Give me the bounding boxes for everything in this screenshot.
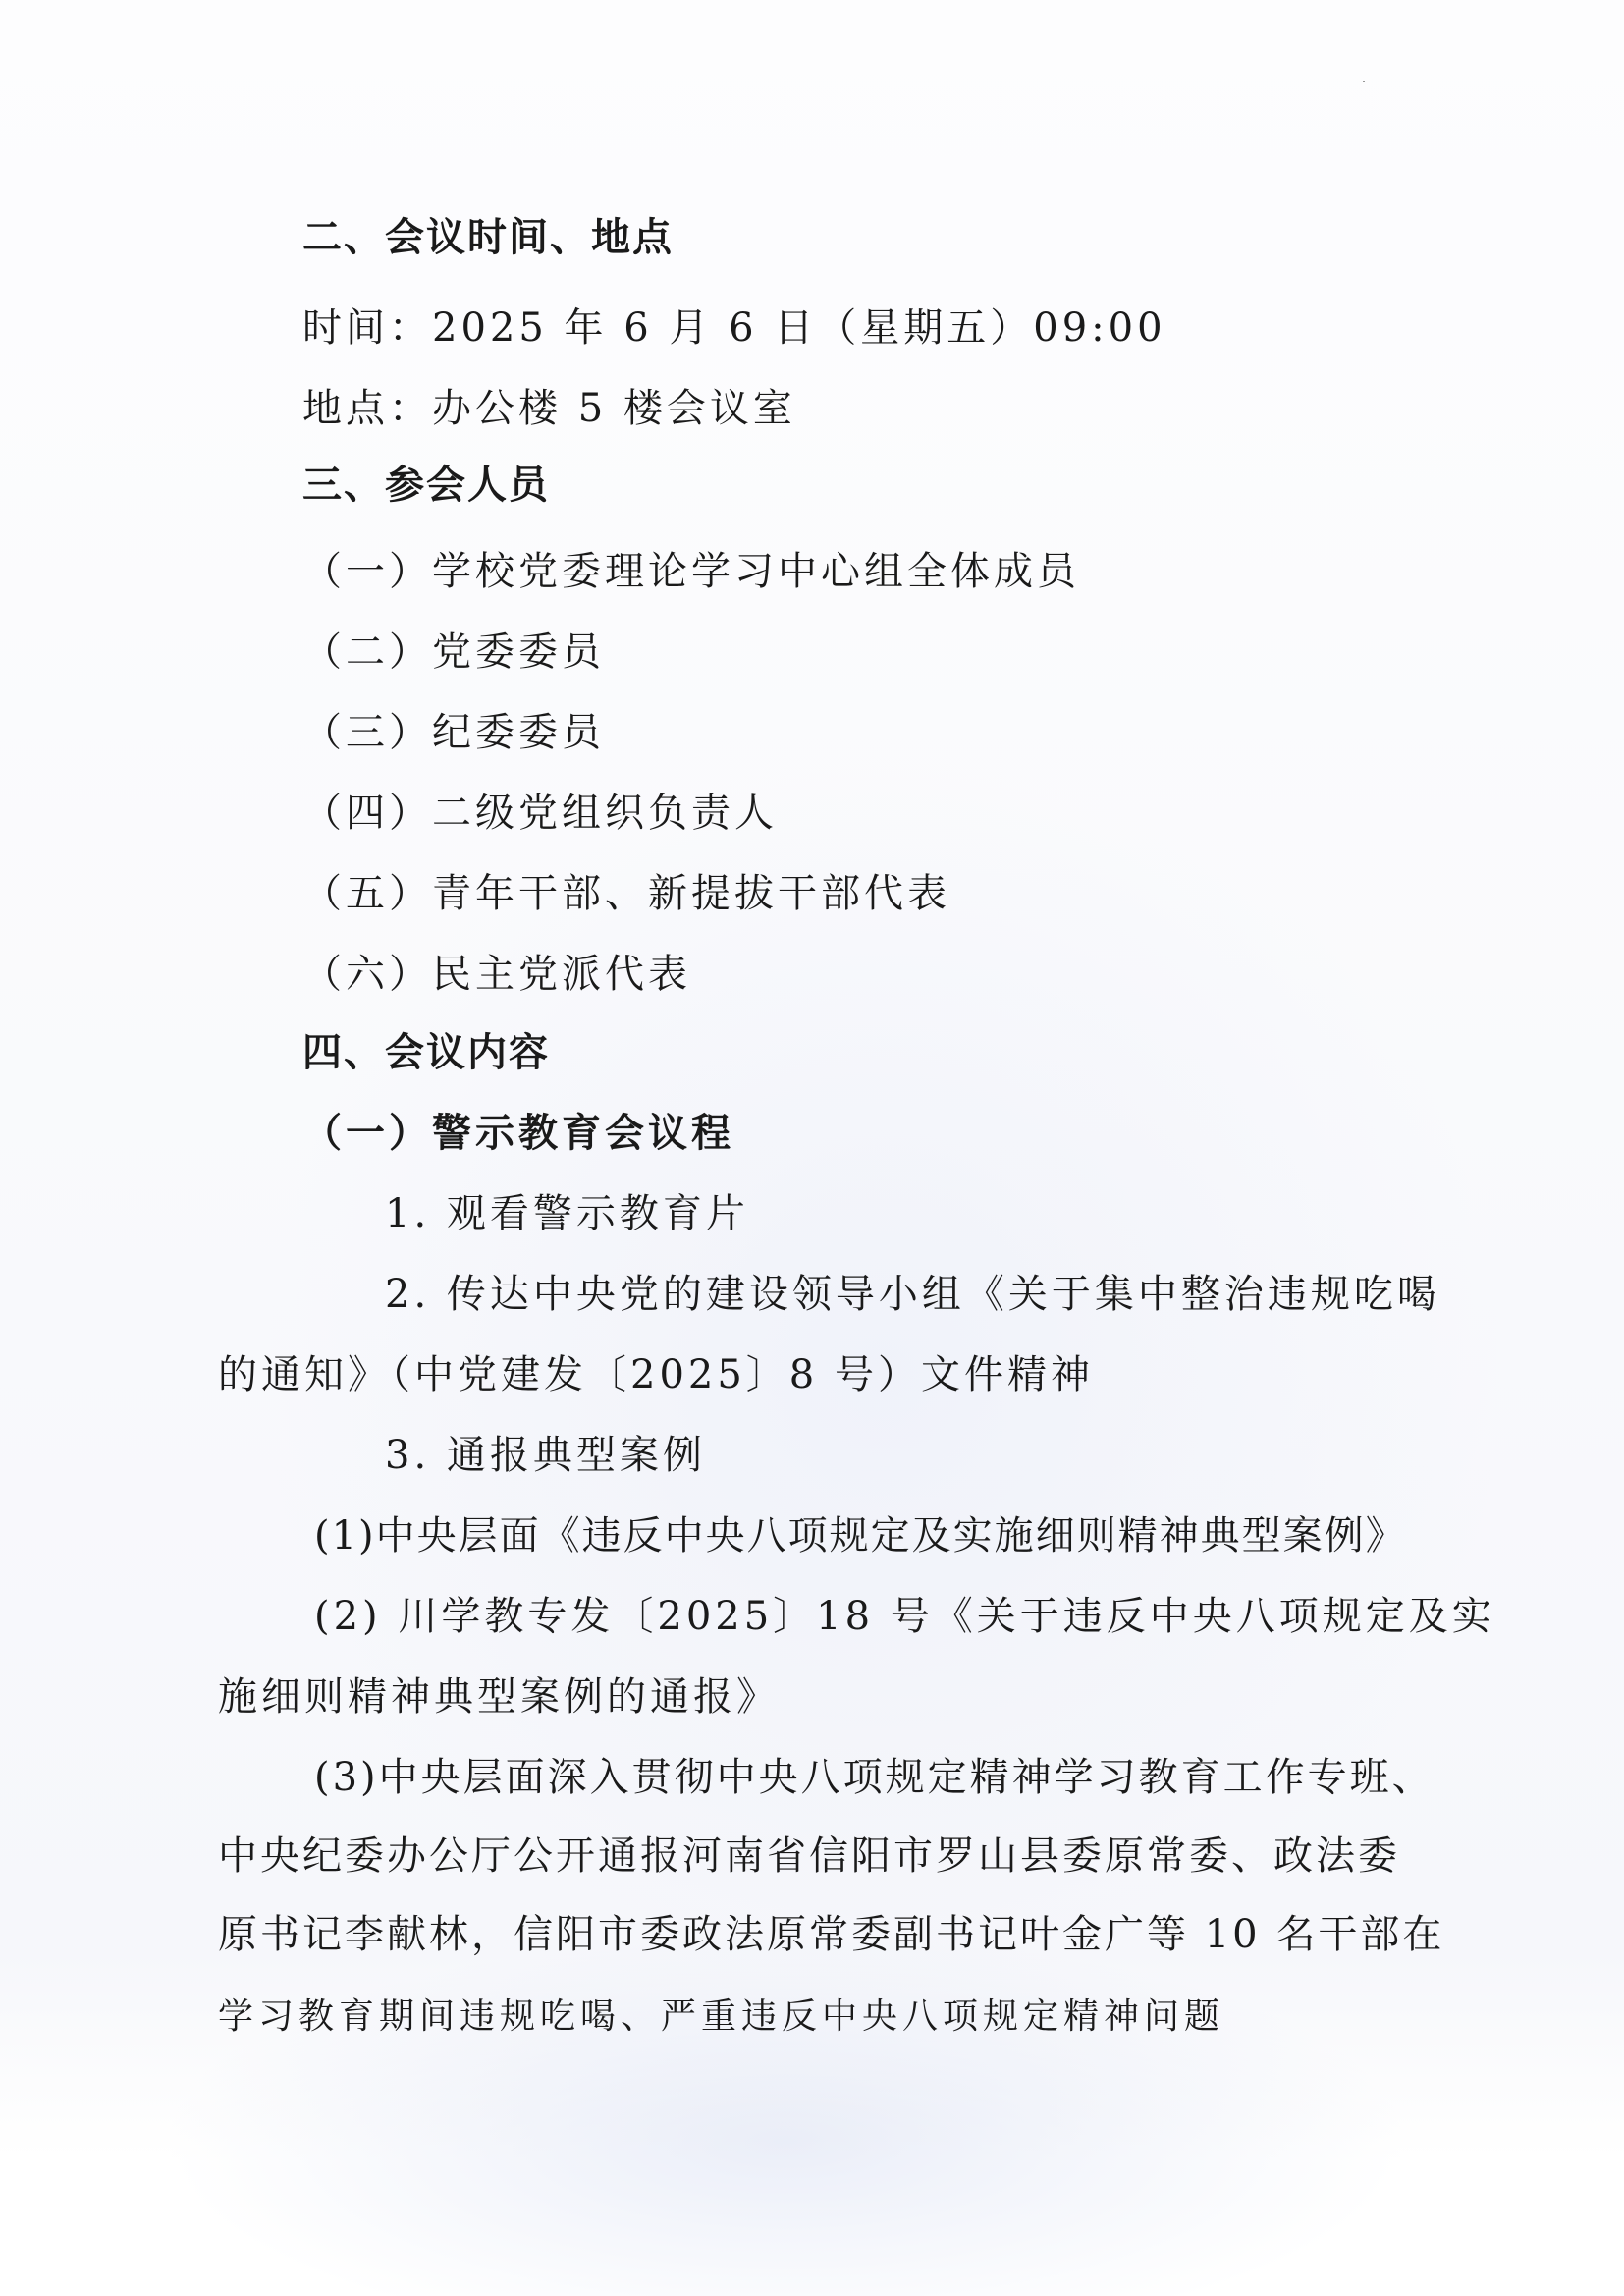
case-item-3-line2: 中央纪委办公厅公开通报河南省信阳市罗山县委原常委、政法委	[218, 1832, 1400, 1880]
agenda-item-2-line2: 的通知》（中党建发〔2025〕8 号）文件精神	[218, 1351, 1094, 1398]
case-item-2-line2: 施细则精神典型案例的通报》	[218, 1673, 780, 1721]
attendee-item-4: （四）二级党组织负责人	[302, 790, 778, 837]
attendee-item-2: （二）党委委员	[302, 629, 605, 676]
meeting-time: 时间：2025 年 6 月 6 日（星期五）09:00	[302, 304, 1166, 352]
attendee-item-3: （三）纪委委员	[302, 709, 605, 756]
agenda-item-3: 3. 通报典型案例	[385, 1432, 706, 1479]
case-item-3-line4: 学习教育期间违规吃喝、严重违反中央八项规定精神问题	[218, 1994, 1224, 2041]
section-heading-meeting-time-place: 二、会议时间、地点	[302, 214, 674, 261]
subsection-heading-warning-education-agenda: （一）警示教育会议程	[302, 1110, 734, 1157]
meeting-location: 地点：办公楼 5 楼会议室	[302, 385, 796, 432]
case-item-3-line3: 原书记李献林，信阳市委政法原常委副书记叶金广等 10 名干部在	[218, 1911, 1444, 1958]
attendee-item-6: （六）民主党派代表	[302, 951, 691, 998]
agenda-item-1: 1. 观看警示教育片	[385, 1190, 749, 1237]
case-item-2-line1: (2) 川学教专发〔2025〕18 号《关于违反中央八项规定及实	[314, 1593, 1495, 1640]
attendee-item-5: （五）青年干部、新提拔干部代表	[302, 870, 950, 917]
paper-speck	[1363, 81, 1365, 82]
section-heading-meeting-content: 四、会议内容	[302, 1029, 550, 1076]
attendee-item-1: （一）学校党委理论学习中心组全体成员	[302, 548, 1080, 595]
section-heading-attendees: 三、参会人员	[302, 462, 550, 509]
case-item-3-line1: (3)中央层面深入贯彻中央八项规定精神学习教育工作专班、	[314, 1754, 1435, 1801]
case-item-1: (1)中央层面《违反中央八项规定及实施细则精神典型案例》	[314, 1512, 1407, 1559]
agenda-item-2-line1: 2. 传达中央党的建设领导小组《关于集中整治违规吃喝	[385, 1271, 1440, 1318]
